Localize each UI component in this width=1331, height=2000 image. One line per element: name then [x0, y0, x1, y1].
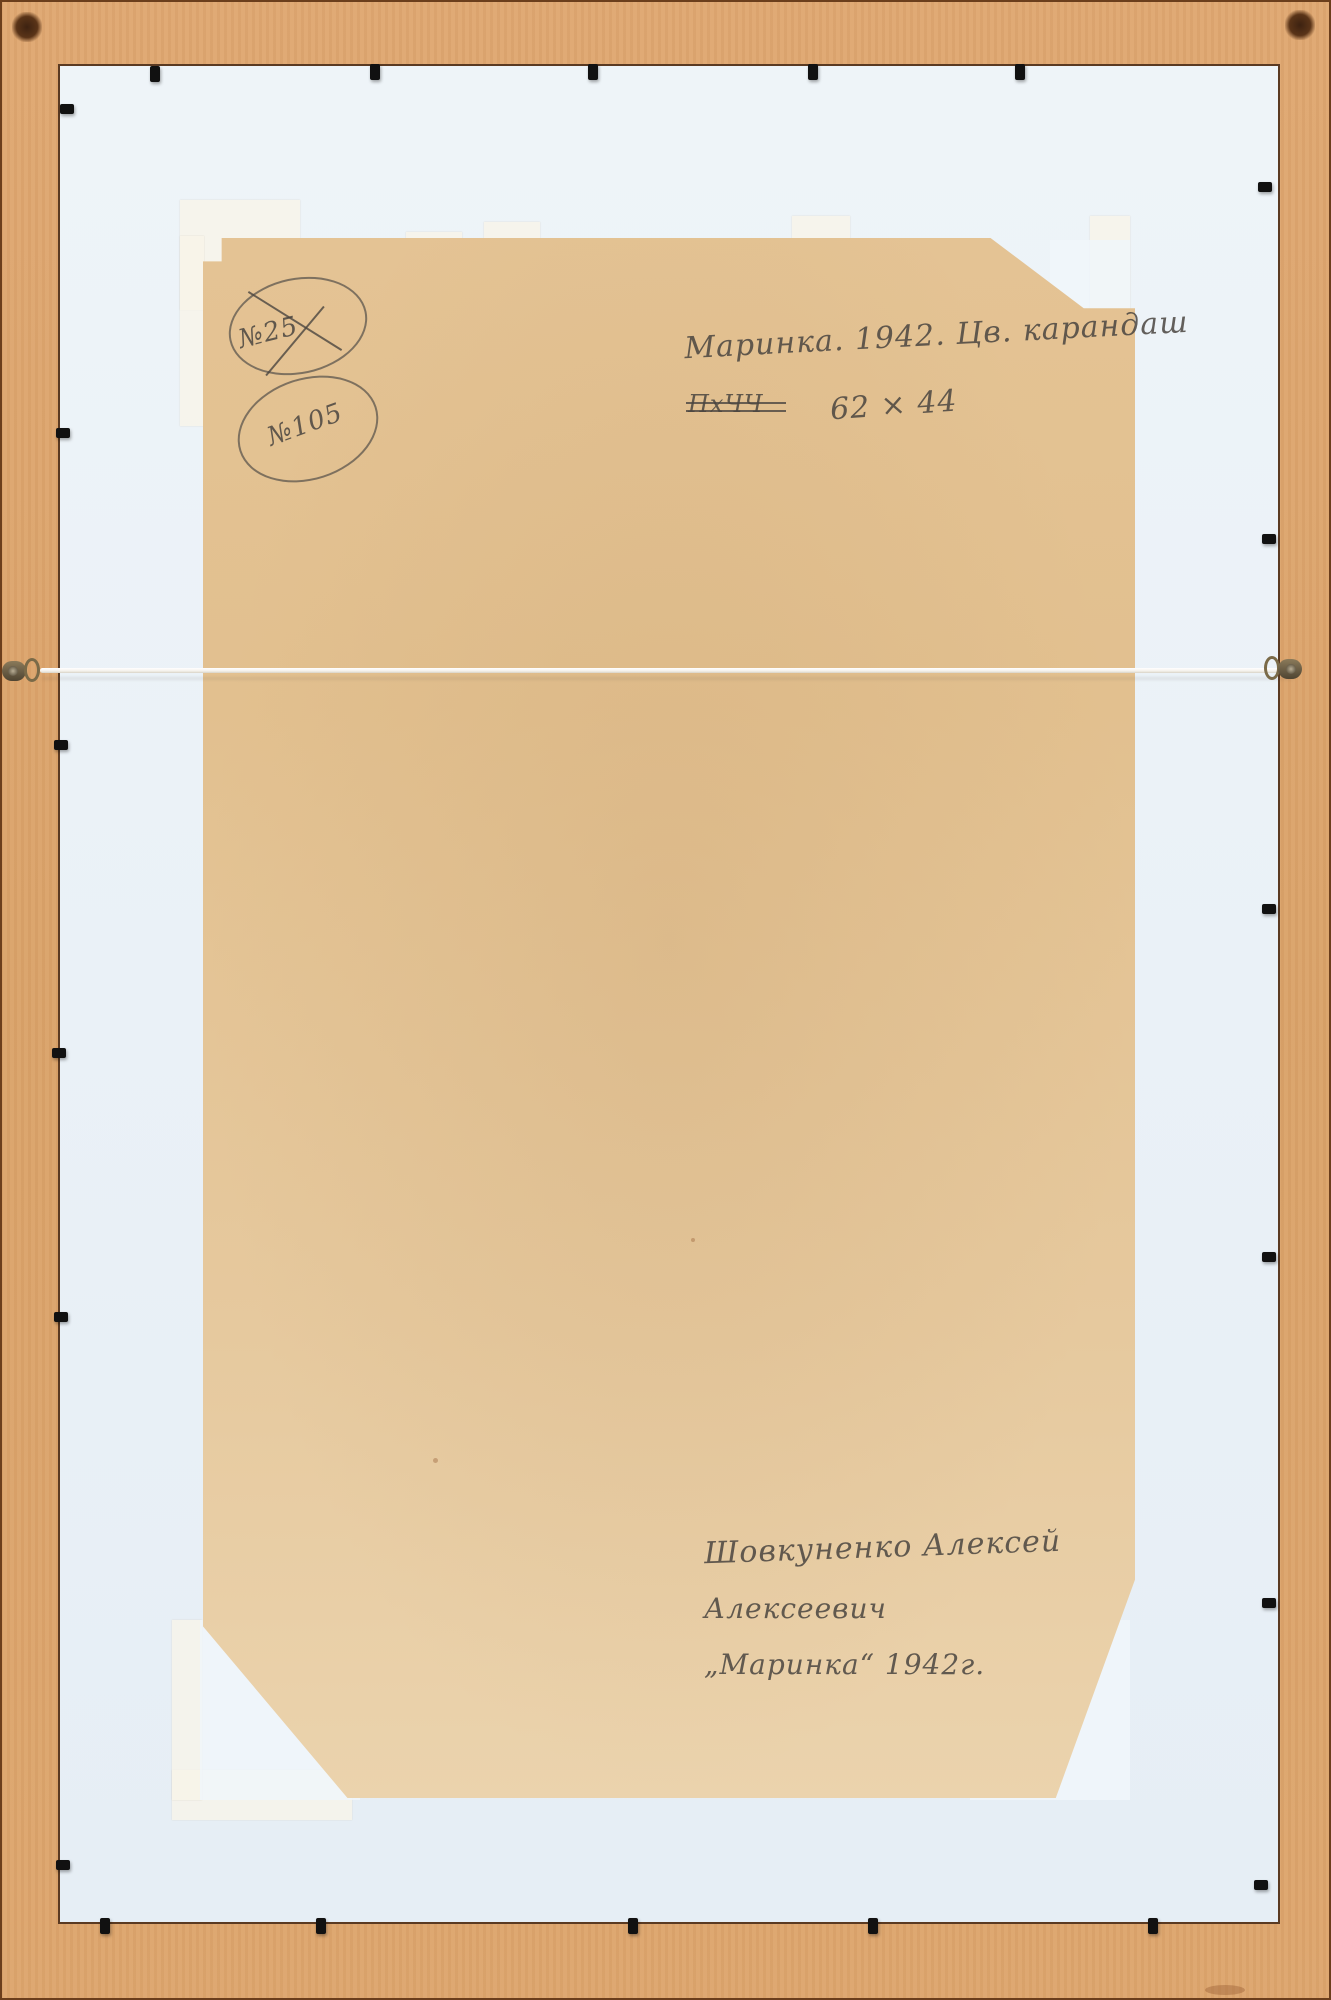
- kraft-paper-sheet: [203, 238, 1135, 1798]
- paper-spot: [691, 1238, 695, 1242]
- artist-patronymic: Алексеевич: [704, 1592, 887, 1625]
- clip: [808, 64, 818, 80]
- clip: [100, 1918, 110, 1934]
- clip: [1262, 1252, 1276, 1262]
- masking-tape: [172, 1620, 202, 1800]
- d-ring-hanger-left: [2, 658, 42, 684]
- artwork-title-year: „Маринка“ 1942г.: [704, 1648, 985, 1681]
- frame-stain: [1205, 1985, 1245, 1995]
- clip: [1262, 1598, 1276, 1608]
- clip: [628, 1918, 638, 1934]
- clip: [1015, 64, 1025, 80]
- screw-icon: [8, 666, 18, 676]
- clip: [150, 66, 160, 82]
- struck-dimensions: ПхЧЧ: [688, 390, 764, 418]
- clip: [56, 428, 70, 438]
- clip: [52, 1048, 66, 1058]
- clip: [54, 1312, 68, 1322]
- d-ring-hanger-right: [1264, 656, 1304, 682]
- hanging-cord: [40, 668, 1295, 673]
- clip: [60, 104, 74, 114]
- paper-spot: [433, 1458, 438, 1463]
- d-ring: [24, 658, 40, 682]
- clip: [56, 1860, 70, 1870]
- clip: [370, 64, 380, 80]
- clip: [1262, 534, 1276, 544]
- clip: [588, 64, 598, 80]
- clip: [1258, 182, 1272, 192]
- clip: [1262, 904, 1276, 914]
- strike-line: [686, 402, 786, 404]
- frame-corner-stain: [12, 12, 42, 42]
- screw-icon: [1286, 664, 1296, 674]
- clip: [868, 1918, 878, 1934]
- clip: [1254, 1880, 1268, 1890]
- clip: [316, 1918, 326, 1934]
- frame-corner-stain: [1285, 10, 1315, 40]
- masking-tape: [180, 236, 204, 426]
- clip: [54, 740, 68, 750]
- strike-line: [686, 410, 786, 412]
- clip: [1148, 1918, 1158, 1934]
